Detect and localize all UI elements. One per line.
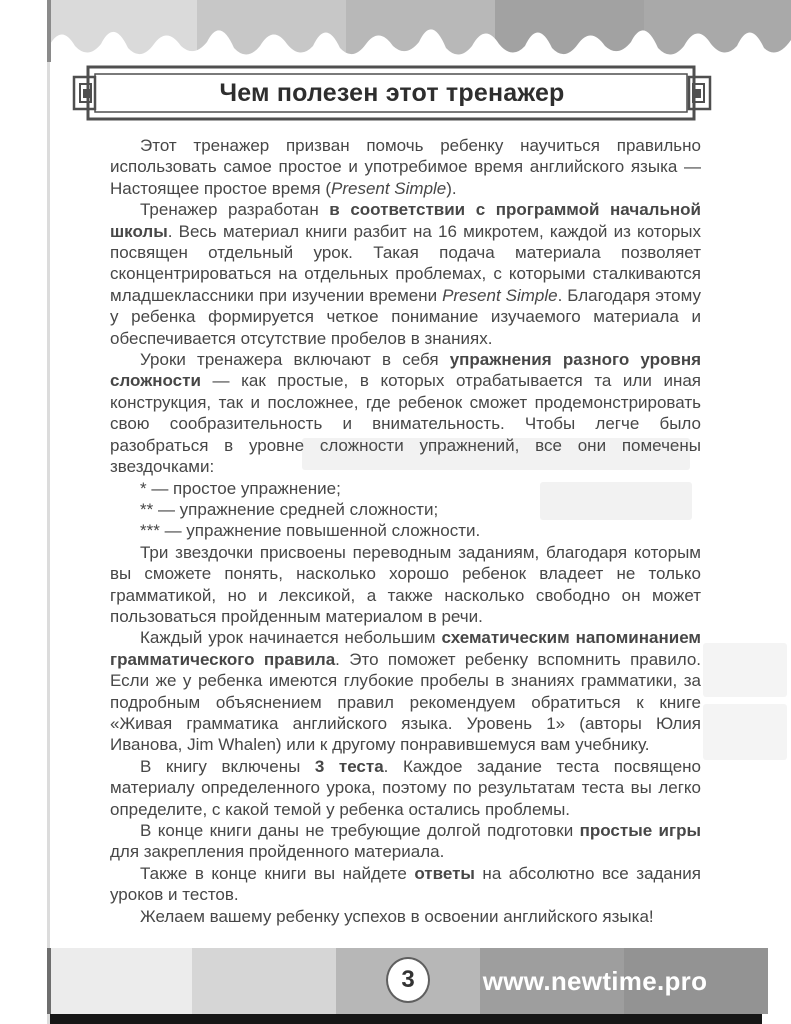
page-title: Чем полезен этот тренажер	[102, 64, 682, 122]
banner-right-ornament	[689, 77, 710, 109]
text-run: В конце книги даны не требующие долгой п…	[140, 821, 580, 840]
banner-left-ornament	[74, 77, 95, 109]
decorative-wave-band	[48, 0, 791, 62]
text-run: Каждый урок начинается небольшим	[140, 628, 442, 647]
paragraph: Тренажер разработан в соответствии с про…	[110, 199, 701, 349]
list-item: ** — упражнение средней сложности;	[110, 499, 701, 520]
paragraph: В книгу включены 3 теста. Каждое задание…	[110, 756, 701, 820]
list-item: *** — упражнение повышенной сложности.	[110, 520, 701, 541]
paragraph: Также в конце книги вы найдете ответы на…	[110, 863, 701, 906]
text-run: Три звездочки присвоены переводным задан…	[110, 543, 701, 626]
page-number: 3	[401, 966, 414, 994]
text-run: Уроки тренажера включают в себя	[140, 350, 450, 369]
paragraph: В конце книги даны не требующие долгой п…	[110, 820, 701, 863]
text-run: В книгу включены	[140, 757, 315, 776]
footer-bar: 3 www.newtime.pro	[48, 948, 768, 1014]
text-run: ).	[446, 179, 456, 198]
page-edge-shadow	[47, 0, 50, 1024]
text-run: Также в конце книги вы найдете	[140, 864, 414, 883]
paragraph: Три звездочки присвоены переводным задан…	[110, 542, 701, 628]
scanned-book-page: Чем полезен этот тренажер Этот тренажер …	[0, 0, 791, 1024]
paragraph: Желаем вашему ребенку успехов в освоении…	[110, 906, 701, 927]
text-run: 3 теста	[315, 757, 384, 776]
title-banner: Чем полезен этот тренажер	[72, 64, 712, 128]
list-item: * — простое упражнение;	[110, 478, 701, 499]
text-run: Желаем вашему ребенку успехов в освоении…	[140, 907, 654, 926]
body-text-column: Этот тренажер призван помочь ребенку нау…	[110, 135, 701, 927]
scan-showthrough	[703, 704, 787, 760]
paragraph: Каждый урок начинается небольшим схемати…	[110, 627, 701, 755]
text-run: Present Simple	[442, 286, 558, 305]
paragraph: Этот тренажер призван помочь ребенку нау…	[110, 135, 701, 199]
text-run: Present Simple	[331, 179, 446, 198]
page-edge-shadow-top	[47, 0, 51, 62]
page-number-badge: 3	[386, 957, 430, 1003]
paragraph: Уроки тренажера включают в себя упражнен…	[110, 349, 701, 477]
footer-color-block	[192, 948, 336, 1014]
scan-showthrough	[703, 643, 787, 697]
text-run: для закрепления пройденного материала.	[110, 842, 444, 861]
text-run: ответы	[414, 864, 475, 883]
text-run: Тренажер разработан	[140, 200, 329, 219]
text-run: простые игры	[580, 821, 701, 840]
footer-color-block	[48, 948, 192, 1014]
page-edge-shadow-bottom	[47, 948, 51, 1014]
website-url: www.newtime.pro	[483, 948, 708, 1014]
page-bottom-shadow	[50, 1014, 762, 1024]
